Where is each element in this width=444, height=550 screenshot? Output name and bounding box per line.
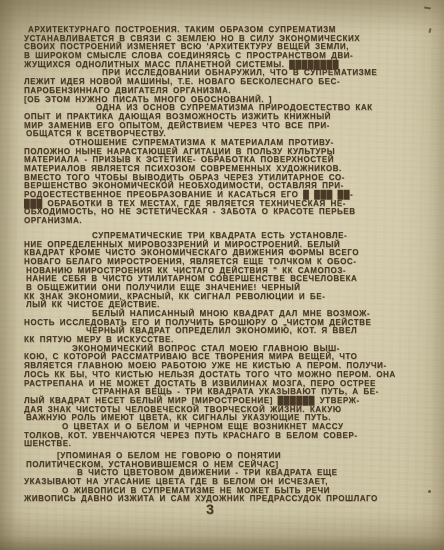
manuscript-line: ОБХОДИМОСТЬ, НО НЕ ЭСТЕТИЧЕСКАЯ - ЗАБОТА…: [24, 208, 436, 217]
paper-speck: [424, 7, 431, 10]
manuscript-page: АРХИТЕКТУРНАГО ПОСТРОЕНИЯ. ТАКИМ ОБРАЗОМ…: [0, 0, 444, 550]
manuscript-text: АРХИТЕКТУРНАГО ПОСТРОЕНИЯ. ТАКИМ ОБРАЗОМ…: [24, 26, 436, 504]
page-number: 3: [0, 501, 420, 517]
manuscript-line: ШЕНСТВЕ.: [24, 440, 436, 449]
paper-speck: [428, 490, 431, 493]
manuscript-line: ОРГАНИЗМА.: [24, 217, 436, 226]
manuscript-line: ТОЛКОВ, КОТ. УВЕНЧАЮТСЯ ЧЕРЕЗ ПУТЬ КРАСН…: [24, 432, 436, 441]
